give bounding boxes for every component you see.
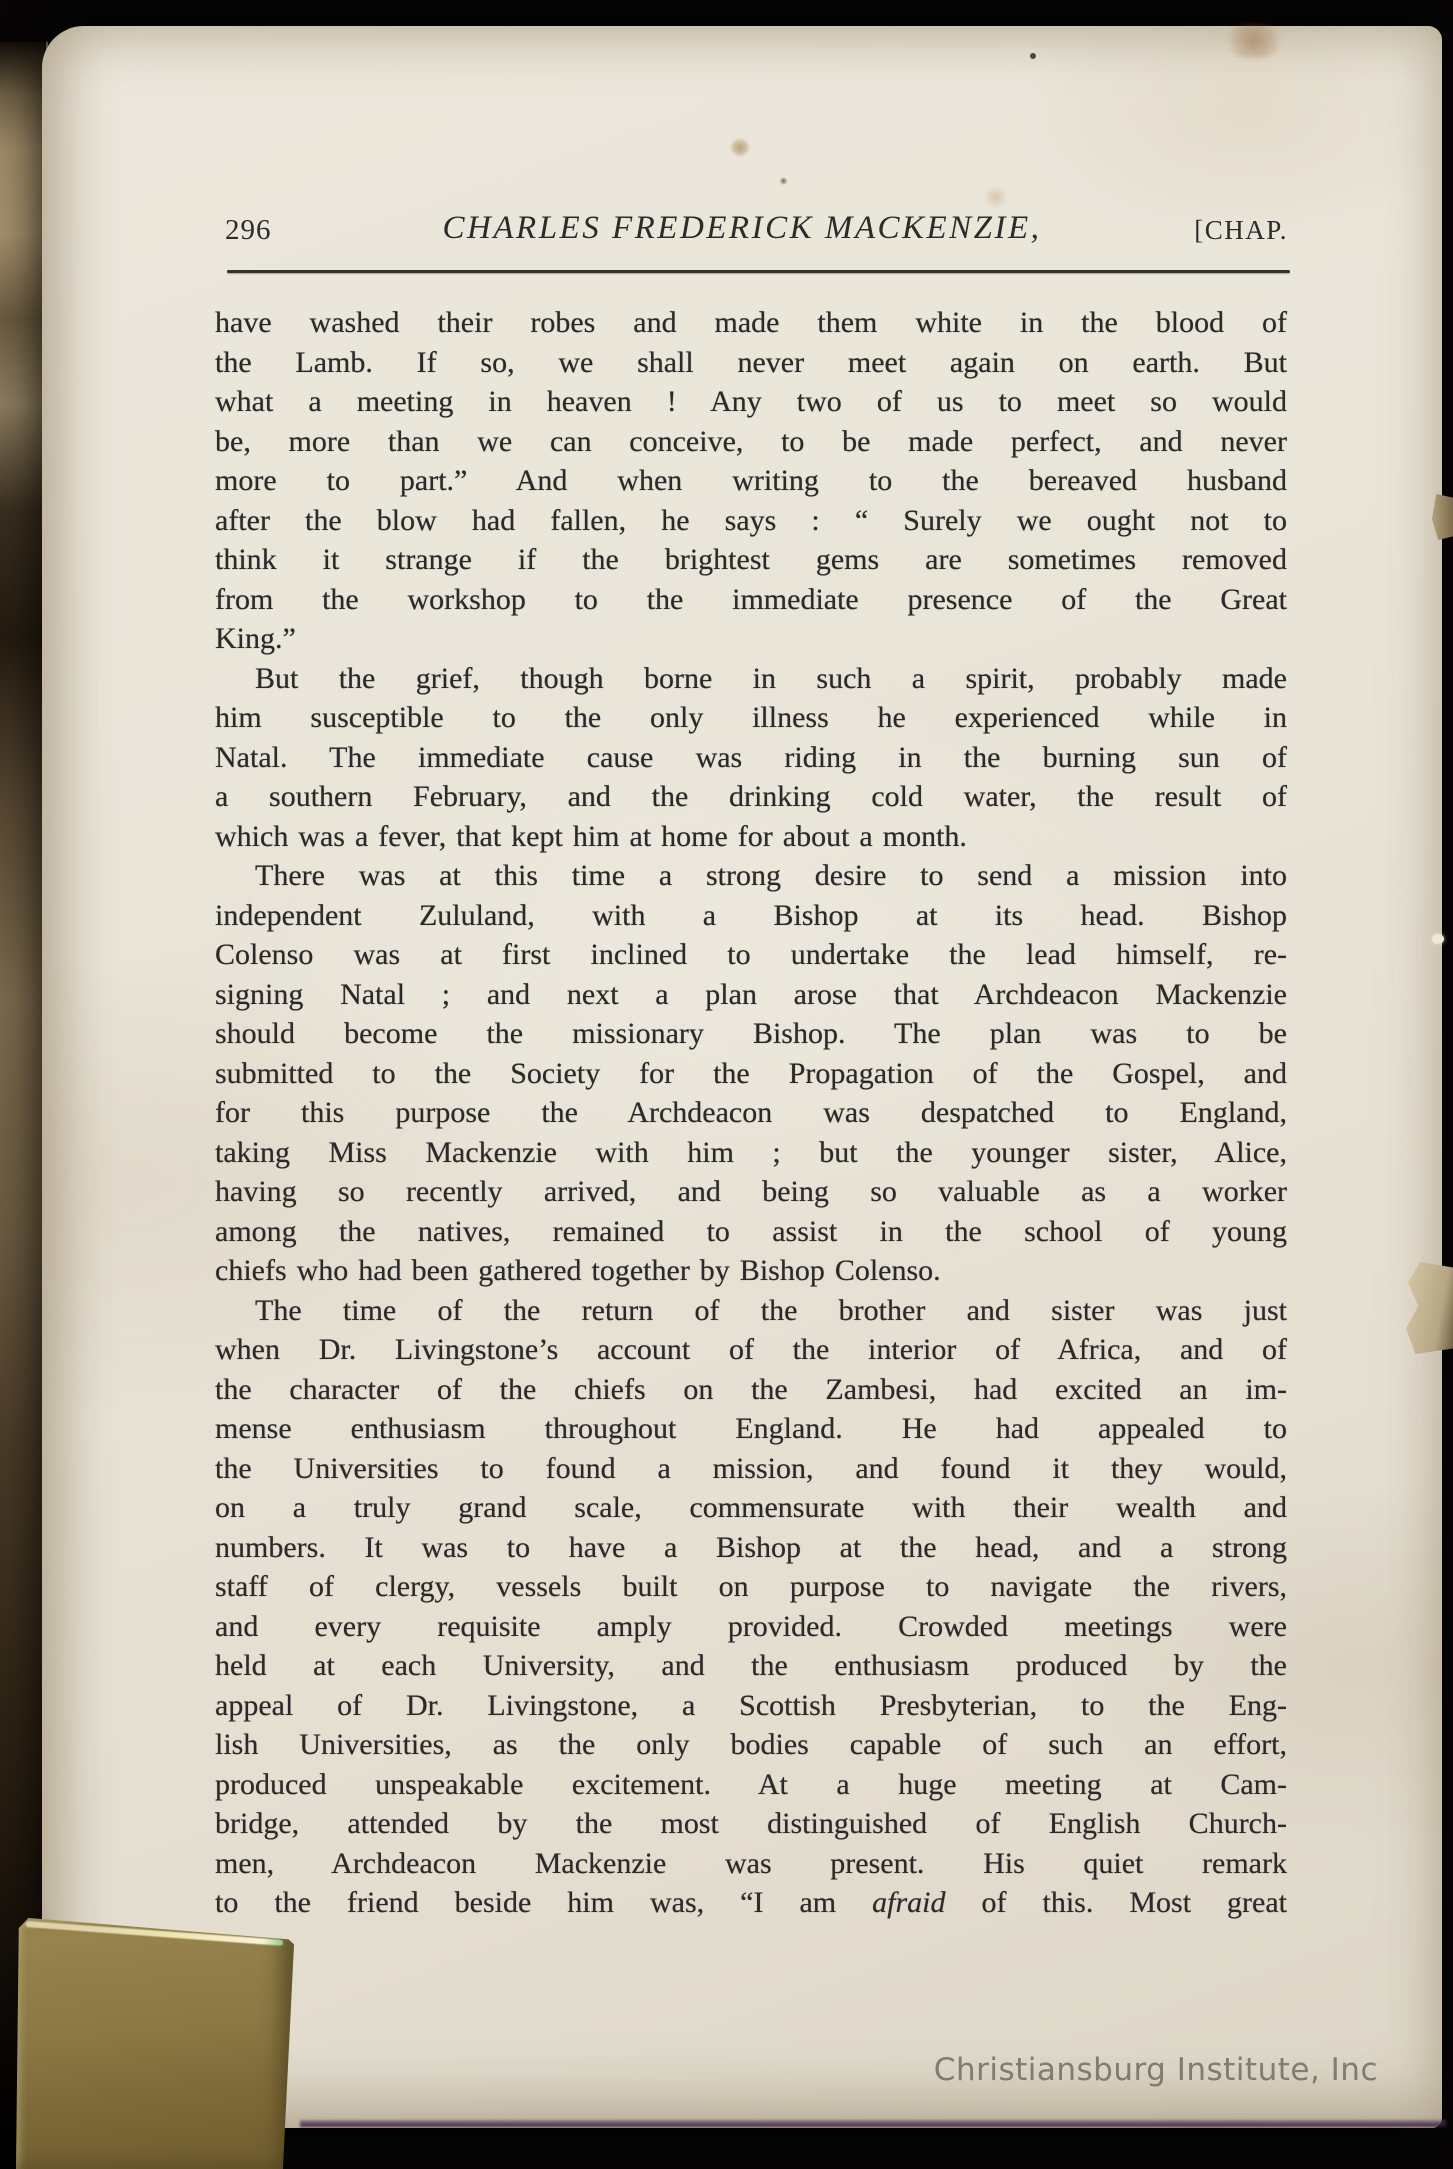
chapter-marker: [CHAP. [1194, 215, 1288, 246]
watermark: Christiansburg Institute, Inc [934, 2052, 1378, 2088]
text-line: men, Archdeacon Mackenzie was present. H… [215, 1844, 1287, 1884]
text-line: the Universities to found a mission, and… [215, 1449, 1287, 1489]
text-line: him susceptible to the only illness he e… [215, 698, 1287, 738]
page-edge-chip-small [1432, 934, 1444, 944]
text-line: Colenso was at first inclined to underta… [215, 935, 1287, 975]
text-line: think it strange if the brightest gems a… [215, 540, 1287, 580]
text-line: King.” [215, 619, 1287, 659]
text-line: lish Universities, as the only bodies ca… [215, 1725, 1287, 1765]
page-bottom-edge [300, 2120, 1446, 2127]
foxing-stain [1222, 24, 1286, 58]
paragraph: There was at this time a strong desire t… [215, 856, 1287, 1291]
text-line: produced unspeakable excitement. At a hu… [215, 1765, 1287, 1805]
text-line: from the workshop to the immediate prese… [215, 580, 1287, 620]
text-line: should become the missionary Bishop. The… [215, 1014, 1287, 1054]
book-photo: 296 CHARLES FREDERICK MACKENZIE, [CHAP. … [0, 0, 1453, 2169]
text-line: which was a fever, that kept him at home… [215, 817, 1287, 857]
text-line: bridge, attended by the most distinguish… [215, 1804, 1287, 1844]
page-header: 296 CHARLES FREDERICK MACKENZIE, [CHAP. [42, 208, 1442, 254]
body-text: have washed their robes and made them wh… [215, 303, 1287, 1923]
foxing-spot [983, 186, 1009, 208]
text-line: to the friend beside him was, “I am afra… [215, 1883, 1287, 1923]
paragraph: have washed their robes and made them wh… [215, 303, 1287, 659]
text-line: But the grief, though borne in such a sp… [215, 659, 1287, 699]
dust-speck [1030, 53, 1036, 59]
text-line: on a truly grand scale, commensurate wit… [215, 1488, 1287, 1528]
text-line: chiefs who had been gathered together by… [215, 1251, 1287, 1291]
brass-page-weight [16, 1918, 294, 2169]
header-rule [227, 270, 1290, 273]
text-line: mense enthusiasm throughout England. He … [215, 1409, 1287, 1449]
text-line: having so recently arrived, and being so… [215, 1172, 1287, 1212]
text-line: when Dr. Livingstone’s account of the in… [215, 1330, 1287, 1370]
text-line: submitted to the Society for the Propaga… [215, 1054, 1287, 1094]
paragraph: But the grief, though borne in such a sp… [215, 659, 1287, 857]
text-line: signing Natal ; and next a plan arose th… [215, 975, 1287, 1015]
text-line: after the blow had fallen, he says : “ S… [215, 501, 1287, 541]
text-line: taking Miss Mackenzie with him ; but the… [215, 1133, 1287, 1173]
text-line: have washed their robes and made them wh… [215, 303, 1287, 343]
text-line: the character of the chiefs on the Zambe… [215, 1370, 1287, 1410]
text-line: more to part.” And when writing to the b… [215, 461, 1287, 501]
text-line: staff of clergy, vessels built on purpos… [215, 1567, 1287, 1607]
text-line: Natal. The immediate cause was riding in… [215, 738, 1287, 778]
text-line: what a meeting in heaven ! Any two of us… [215, 382, 1287, 422]
text-line: the Lamb. If so, we shall never meet aga… [215, 343, 1287, 383]
foxing-spot [779, 177, 788, 185]
text-line: numbers. It was to have a Bishop at the … [215, 1528, 1287, 1568]
foxing-spot [730, 139, 750, 156]
text-line: a southern February, and the drinking co… [215, 777, 1287, 817]
text-line: independent Zululand, with a Bishop at i… [215, 896, 1287, 936]
book-page: 296 CHARLES FREDERICK MACKENZIE, [CHAP. … [42, 26, 1442, 2128]
text-line: for this purpose the Archdeacon was desp… [215, 1093, 1287, 1133]
text-line: be, more than we can conceive, to be mad… [215, 422, 1287, 462]
text-line: among the natives, remained to assist in… [215, 1212, 1287, 1252]
book-page-edges [0, 42, 48, 2169]
text-line: held at each University, and the enthusi… [215, 1646, 1287, 1686]
text-line: The time of the return of the brother an… [215, 1291, 1287, 1331]
text-line: appeal of Dr. Livingstone, a Scottish Pr… [215, 1686, 1287, 1726]
text-line: There was at this time a strong desire t… [215, 856, 1287, 896]
paragraph: The time of the return of the brother an… [215, 1291, 1287, 1923]
text-line: and every requisite amply provided. Crow… [215, 1607, 1287, 1647]
